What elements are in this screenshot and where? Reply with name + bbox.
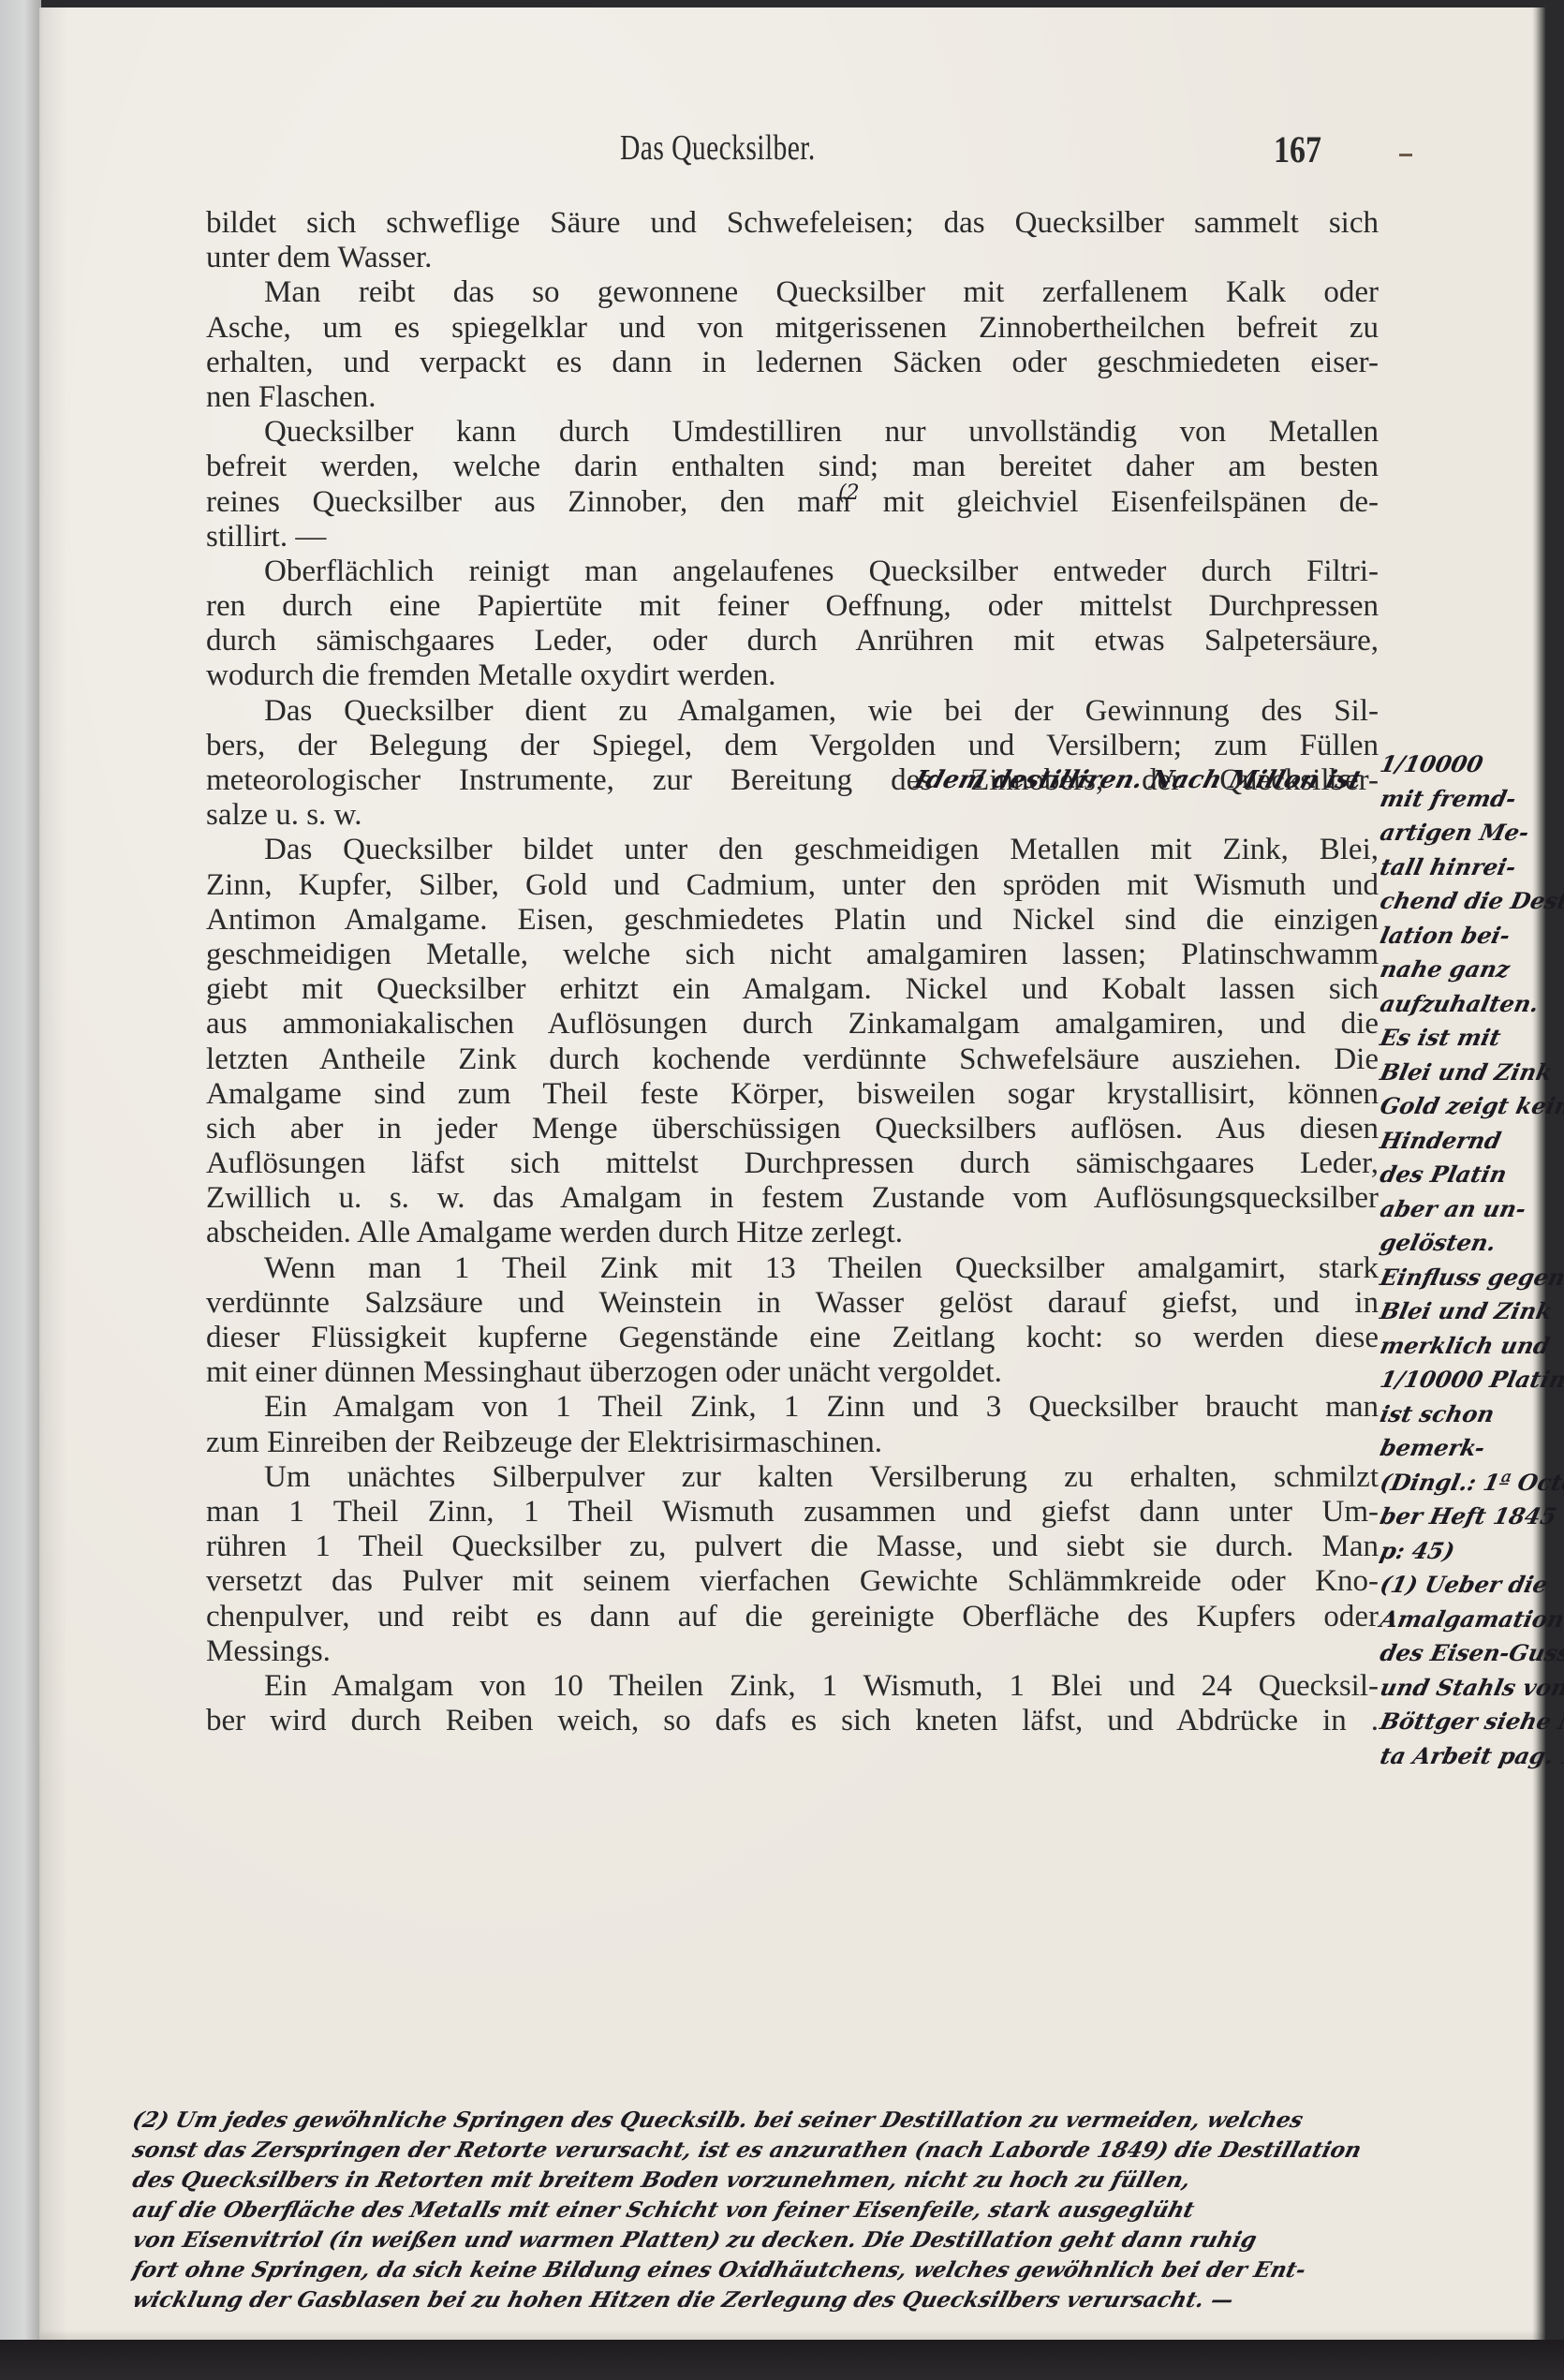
margin-note-line: merklich und bbox=[1377, 1329, 1564, 1364]
footnote-line: des Quecksilbers in Retorten mit breitem… bbox=[129, 2166, 1564, 2195]
margin-note-line: bemerk- bbox=[1377, 1431, 1564, 1466]
text-line: bildet sich schweflige Säure und Schwefe… bbox=[206, 206, 1379, 241]
margin-note-line: chend die Destil- bbox=[1377, 884, 1564, 919]
handwritten-footnote: (2) Um jedes gewöhnliche Springen des Qu… bbox=[133, 2106, 1564, 2315]
margin-note-line: aber an un- bbox=[1377, 1192, 1564, 1227]
margin-note-line: Es ist mit bbox=[1377, 1021, 1564, 1056]
margin-note-line: des Platin bbox=[1377, 1158, 1564, 1192]
text-line: stillirt. — bbox=[206, 520, 1379, 554]
text-line: rühren 1 Theil Quecksilber zu, pulvert d… bbox=[206, 1530, 1379, 1564]
page-number: 167 bbox=[1274, 127, 1321, 171]
text-line: Das Quecksilber bildet unter den geschme… bbox=[206, 833, 1379, 867]
text-line: durch sämischgaares Leder, oder durch An… bbox=[206, 624, 1379, 658]
text-line: Ein Amalgam von 1 Theil Zink, 1 Zinn und… bbox=[206, 1390, 1379, 1425]
handwritten-margin-notes: 1/10000 mit fremd- artigen Me- tall hinr… bbox=[1380, 747, 1564, 1773]
margin-note-line: p: 45) bbox=[1377, 1534, 1564, 1569]
book-page: Das Quecksilber. 167 bildet sich schwefl… bbox=[39, 7, 1545, 2340]
margin-note-line: 1/10000 Platin bbox=[1377, 1363, 1564, 1397]
text-line: Zinn, Kupfer, Silber, Gold und Cadmium, … bbox=[206, 868, 1379, 903]
adjacent-page-edge bbox=[0, 0, 41, 2380]
margin-note-line: Gold zeigt kein bbox=[1377, 1089, 1564, 1124]
margin-note-line: und Stahls von bbox=[1377, 1671, 1564, 1706]
text-line: letzten Antheile Zink durch kochende ver… bbox=[206, 1042, 1379, 1077]
text-line: ber wird durch Reiben weich, so dafs es … bbox=[206, 1704, 1379, 1738]
margin-note-line: Einfluss gegen bbox=[1377, 1261, 1564, 1295]
text-line: nen Flaschen. bbox=[206, 380, 1379, 415]
text-line: dieser Flüssigkeit kupferne Gegenstände … bbox=[206, 1321, 1379, 1355]
margin-note-line: Böttger siehe No- bbox=[1377, 1705, 1564, 1739]
text-line: geschmeidigen Metalle, welche sich nicht… bbox=[206, 938, 1379, 972]
margin-note-line: nahe ganz bbox=[1377, 953, 1564, 987]
text-line: abscheiden. Alle Amalgame werden durch H… bbox=[206, 1216, 1379, 1250]
body-text: bildet sich schweflige Säure und Schwefe… bbox=[206, 206, 1379, 1738]
text-line: Zwillich u. s. w. das Amalgam in festem … bbox=[206, 1181, 1379, 1216]
text-line: chenpulver, und reibt es dann auf die ge… bbox=[206, 1600, 1379, 1634]
text-line: Antimon Amalgame. Eisen, geschmiedetes P… bbox=[206, 903, 1379, 938]
text-line: Asche, um es spiegelklar und von mitgeri… bbox=[206, 311, 1379, 346]
footnote-line: wicklung der Gasblasen bei zu hohen Hitz… bbox=[129, 2285, 1564, 2315]
margin-note-line: Amalgamation bbox=[1377, 1603, 1564, 1637]
margin-note-line: Blei und Zink bbox=[1377, 1056, 1564, 1090]
text-line: befreit werden, welche darin enthalten s… bbox=[206, 450, 1379, 484]
running-title: Das Quecksilber. bbox=[620, 127, 816, 169]
margin-note-line: (Dingl.: 1ª Octo- bbox=[1377, 1466, 1564, 1500]
text-line: mit einer dünnen Messinghaut überzogen o… bbox=[206, 1355, 1379, 1390]
text-line: wodurch die fremden Metalle oxydirt werd… bbox=[206, 658, 1379, 693]
margin-note-line: des Eisen-Guss- bbox=[1377, 1636, 1564, 1671]
text-line: salze u. s. w. bbox=[206, 798, 1379, 833]
page-header: Das Quecksilber. 167 bbox=[39, 127, 1545, 184]
margin-note-line: ist schon bbox=[1377, 1397, 1564, 1432]
text-line: versetzt das Pulver mit seinem vierfache… bbox=[206, 1564, 1379, 1599]
margin-note-line: 1/10000 bbox=[1377, 747, 1564, 782]
text-line: reines Quecksilber aus Zinnober, den man… bbox=[206, 485, 1379, 520]
text-line: Ein Amalgam von 10 Theilen Zink, 1 Wismu… bbox=[206, 1669, 1379, 1704]
margin-note-line: tall hinrei- bbox=[1377, 850, 1564, 885]
ink-mark bbox=[1399, 154, 1412, 156]
footnote-line: sonst das Zerspringen der Retorte verurs… bbox=[129, 2136, 1564, 2166]
text-line: erhalten, und verpackt es dann in ledern… bbox=[206, 346, 1379, 380]
handwritten-footnote-marker: (2 bbox=[838, 481, 860, 505]
footnote-line: fort ohne Springen, da sich keine Bildun… bbox=[129, 2255, 1564, 2285]
margin-note-line: ber Heft 1845 bbox=[1377, 1500, 1564, 1534]
text-line: giebt mit Quecksilber erhitzt ein Amalga… bbox=[206, 972, 1379, 1007]
text-line: bers, der Belegung der Spiegel, dem Verg… bbox=[206, 729, 1379, 763]
text-line: Auflösungen läfst sich mittelst Durchpre… bbox=[206, 1146, 1379, 1181]
margin-note-line: Blei und Zink bbox=[1377, 1294, 1564, 1329]
text-line: Wenn man 1 Theil Zink mit 13 Theilen Que… bbox=[206, 1251, 1379, 1286]
margin-note-line: aufzuhalten. bbox=[1377, 987, 1564, 1022]
text-line: Quecksilber kann durch Umdestilliren nur… bbox=[206, 415, 1379, 450]
margin-note-line: gelösten. bbox=[1377, 1226, 1564, 1261]
text-line: ren durch eine Papiertüte mit feiner Oef… bbox=[206, 589, 1379, 624]
footnote-line: auf die Oberfläche des Metalls mit einer… bbox=[129, 2195, 1564, 2225]
text-line: Amalgame sind zum Theil feste Körper, bi… bbox=[206, 1077, 1379, 1112]
text-line: sich aber in jeder Menge überschüssigen … bbox=[206, 1112, 1379, 1146]
text-line: Oberflächlich reinigt man angelaufenes Q… bbox=[206, 554, 1379, 589]
text-line: man 1 Theil Zinn, 1 Theil Wismuth zusamm… bbox=[206, 1495, 1379, 1530]
text-line: zum Einreiben der Reibzeuge der Elektris… bbox=[206, 1426, 1379, 1460]
margin-note-line: artigen Me- bbox=[1377, 816, 1564, 850]
text-line: unter dem Wasser. bbox=[206, 241, 1379, 275]
footnote-line: (2) Um jedes gewöhnliche Springen des Qu… bbox=[129, 2106, 1564, 2136]
text-line: aus ammoniakalischen Auflösungen durch Z… bbox=[206, 1007, 1379, 1042]
margin-note-line: mit fremd- bbox=[1377, 782, 1564, 817]
footnote-line: von Eisenvitriol (in weißen und warmen P… bbox=[129, 2225, 1564, 2255]
margin-note-line: Hindernd bbox=[1377, 1124, 1564, 1159]
text-line: verdünnte Salzsäure und Weinstein in Was… bbox=[206, 1286, 1379, 1321]
margin-note-line: (1) Ueber die bbox=[1377, 1568, 1564, 1603]
scan-background bbox=[0, 2340, 1564, 2380]
margin-note-line: ta Arbeit pag. 161. bbox=[1377, 1739, 1564, 1774]
text-line: Messings. bbox=[206, 1634, 1379, 1669]
margin-note-line: lation bei- bbox=[1377, 919, 1564, 953]
text-line: Um unächtes Silberpulver zur kalten Vers… bbox=[206, 1460, 1379, 1495]
text-line: Man reibt das so gewonnene Quecksilber m… bbox=[206, 275, 1379, 310]
handwritten-inline-note: Idem destilliren. Nach Millon ist bbox=[911, 766, 1365, 794]
text-line: Das Quecksilber dient zu Amalgamen, wie … bbox=[206, 694, 1379, 729]
